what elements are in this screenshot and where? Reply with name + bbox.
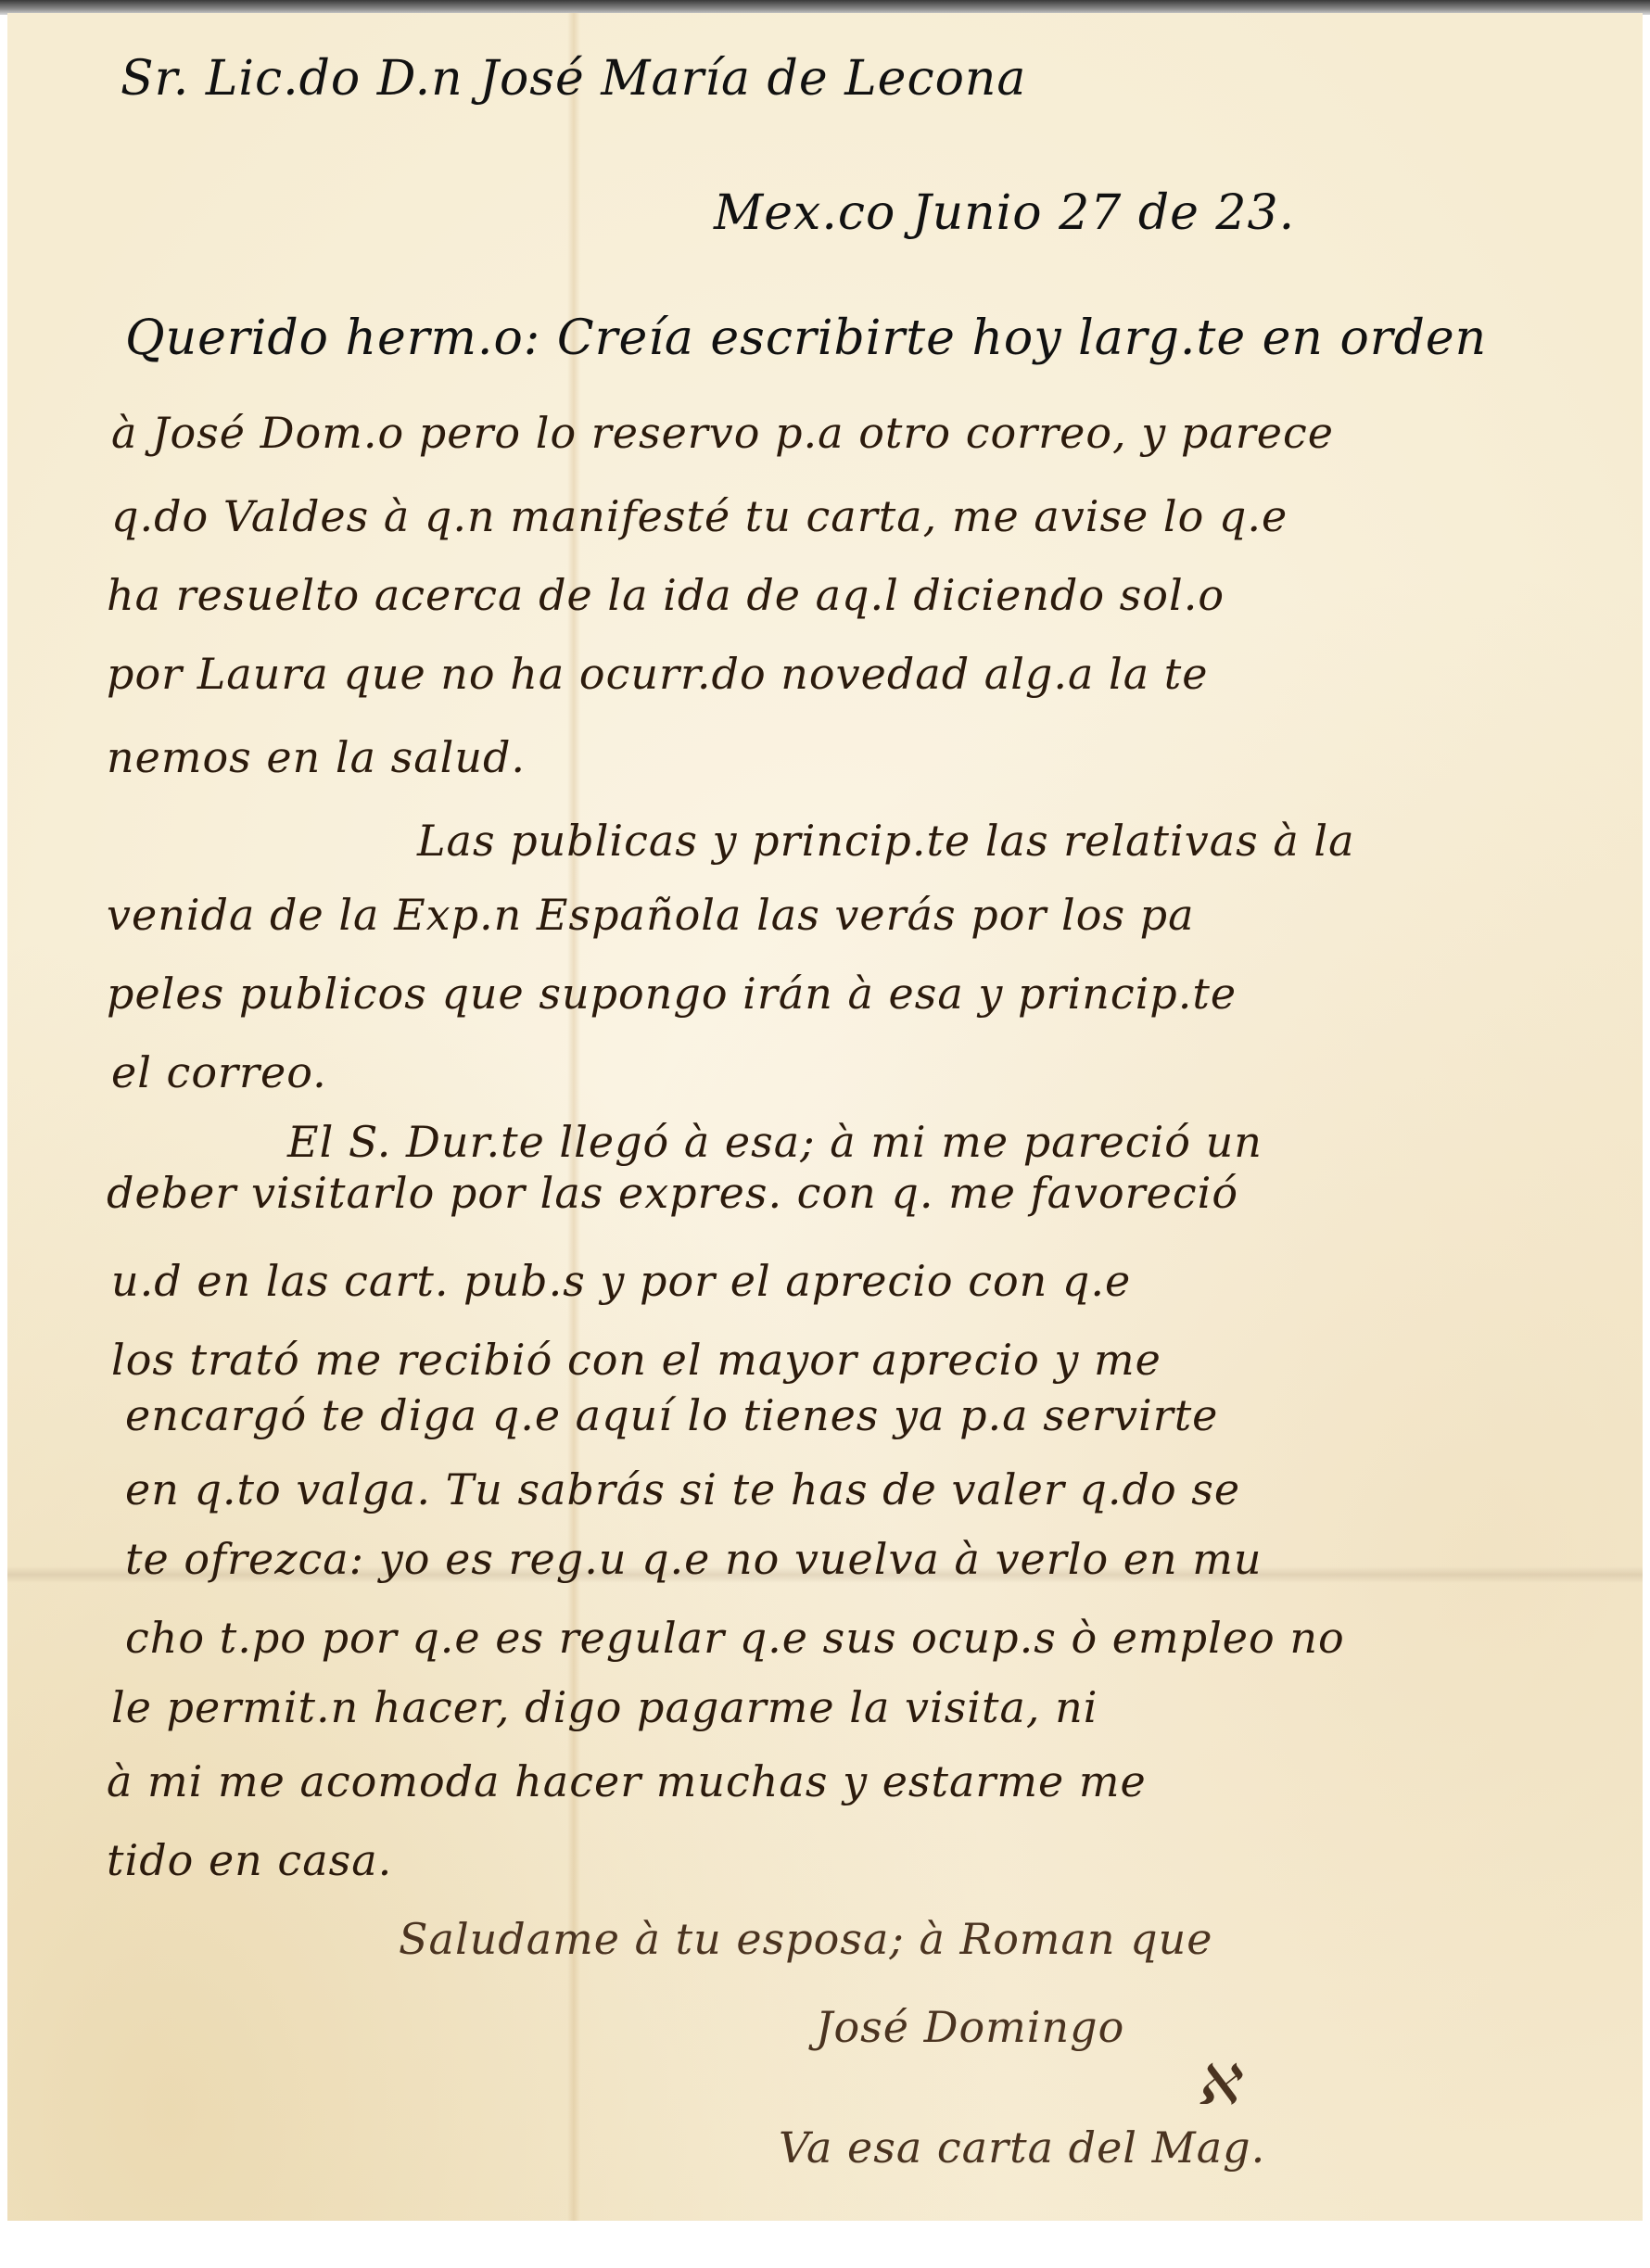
body-line: encargó te diga q.e aquí lo tienes ya p.… (125, 1390, 1218, 1440)
body-line: nemos en la salud. (107, 732, 526, 782)
body-line: deber visitarlo por las expres. con q. m… (107, 1168, 1238, 1218)
body-line: peles publicos que supongo irán à esa y … (107, 969, 1237, 1019)
body-line: ha resuelto acerca de la ida de aq.l dic… (107, 570, 1225, 620)
body-line: Querido herm.o: Creía escribirte hoy lar… (125, 310, 1487, 366)
body-line: u.d en las cart. pub.s y por el aprecio … (111, 1256, 1131, 1306)
body-line: Las publicas y princip.te las relativas … (417, 816, 1355, 866)
body-line: te ofrezca: yo es reg.u q.e no vuelva à … (125, 1534, 1263, 1584)
body-line: venida de la Exp.n Española las verás po… (107, 890, 1195, 940)
place-date: Mex.co Junio 27 de 23. (714, 185, 1295, 241)
body-line: en q.to valga. Tu sabrás si te has de va… (125, 1464, 1240, 1514)
recipient-address: Sr. Lic.do D.n José María de Lecona (121, 51, 1026, 107)
body-line: à José Dom.o pero lo reservo p.a otro co… (111, 408, 1334, 458)
postscript: Va esa carta del Mag. (779, 2122, 1265, 2173)
body-line: Saludame à tu esposa; à Roman que (399, 1914, 1212, 1964)
body-line: los trató me recibió con el mayor apreci… (111, 1335, 1161, 1385)
body-line: à mi me acomoda hacer muchas y estarme m… (107, 1756, 1147, 1806)
body-line: el correo. (111, 1047, 327, 1097)
body-line: El S. Dur.te llegó à esa; à mi me pareci… (287, 1117, 1263, 1167)
body-line: tido en casa. (107, 1835, 392, 1885)
signature: José Domingo (816, 2002, 1124, 2052)
body-line: le permit.n hacer, digo pagarme la visit… (111, 1682, 1098, 1732)
body-line: por Laura que no ha ocurr.do novedad alg… (107, 649, 1209, 699)
rubric-mark: ℵ (1196, 2053, 1238, 2118)
body-line: cho t.po por q.e es regular q.e sus ocup… (125, 1613, 1345, 1663)
body-line: q.do Valdes à q.n manifesté tu carta, me… (111, 491, 1288, 541)
